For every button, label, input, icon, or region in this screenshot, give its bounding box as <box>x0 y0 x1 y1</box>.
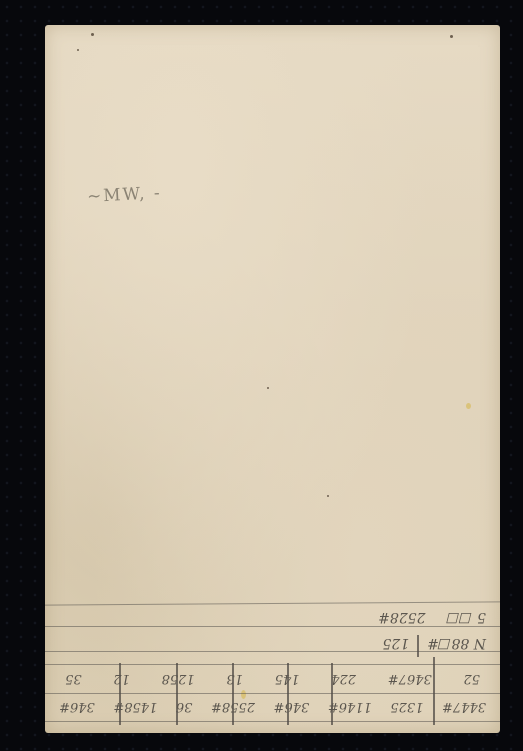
note-cell: 1258 <box>156 672 201 687</box>
note-cell: 12 <box>107 672 136 687</box>
note-cell: 125 <box>376 635 415 651</box>
paper-stain <box>466 403 471 409</box>
notes-row: 52 3467# 224 145 13 1258 12 35 <box>45 665 500 693</box>
note-cell: 1146# <box>322 700 378 715</box>
notes-row: 3447# 1325 1146# 346# 2558# 36 1458# 346… <box>45 693 500 721</box>
paper-speck <box>77 49 79 51</box>
note-cell: N 88☐# <box>421 635 492 651</box>
card-back: ~MW, - 5 ☐☐ 2528# N 88☐# 125 52 3467# 22… <box>45 25 500 733</box>
note-cell: 2558# <box>205 700 261 715</box>
paper-speck <box>327 495 329 497</box>
note-cell: 2528# <box>372 609 431 625</box>
note-cell: 1325 <box>384 700 429 715</box>
note-cell: 145 <box>269 672 306 687</box>
paper-speck <box>91 33 94 36</box>
note-cell: 36 <box>170 700 199 715</box>
note-cell: 3467# <box>382 672 438 687</box>
note-cell: 346# <box>53 700 101 715</box>
note-cell: 35 <box>59 672 88 687</box>
notes-row: N 88☐# 125 <box>45 629 500 657</box>
note-cell: 1458# <box>107 700 163 715</box>
note-cell: 224 <box>325 672 362 687</box>
pencil-notes: 5 ☐☐ 2528# N 88☐# 125 52 3467# 224 145 1… <box>45 585 500 733</box>
note-cell: 3447# <box>436 700 492 715</box>
notes-row: 5 ☐☐ 2528# <box>45 603 500 631</box>
paper-speck <box>267 387 269 389</box>
paper-speck <box>450 35 453 38</box>
pencil-scribble: ~MW, - <box>87 183 163 207</box>
note-cell: 5 ☐☐ <box>442 609 492 625</box>
note-cell: 346# <box>268 700 316 715</box>
note-cell: 52 <box>457 672 486 687</box>
note-cell: 13 <box>220 672 249 687</box>
ruled-line <box>45 721 500 722</box>
